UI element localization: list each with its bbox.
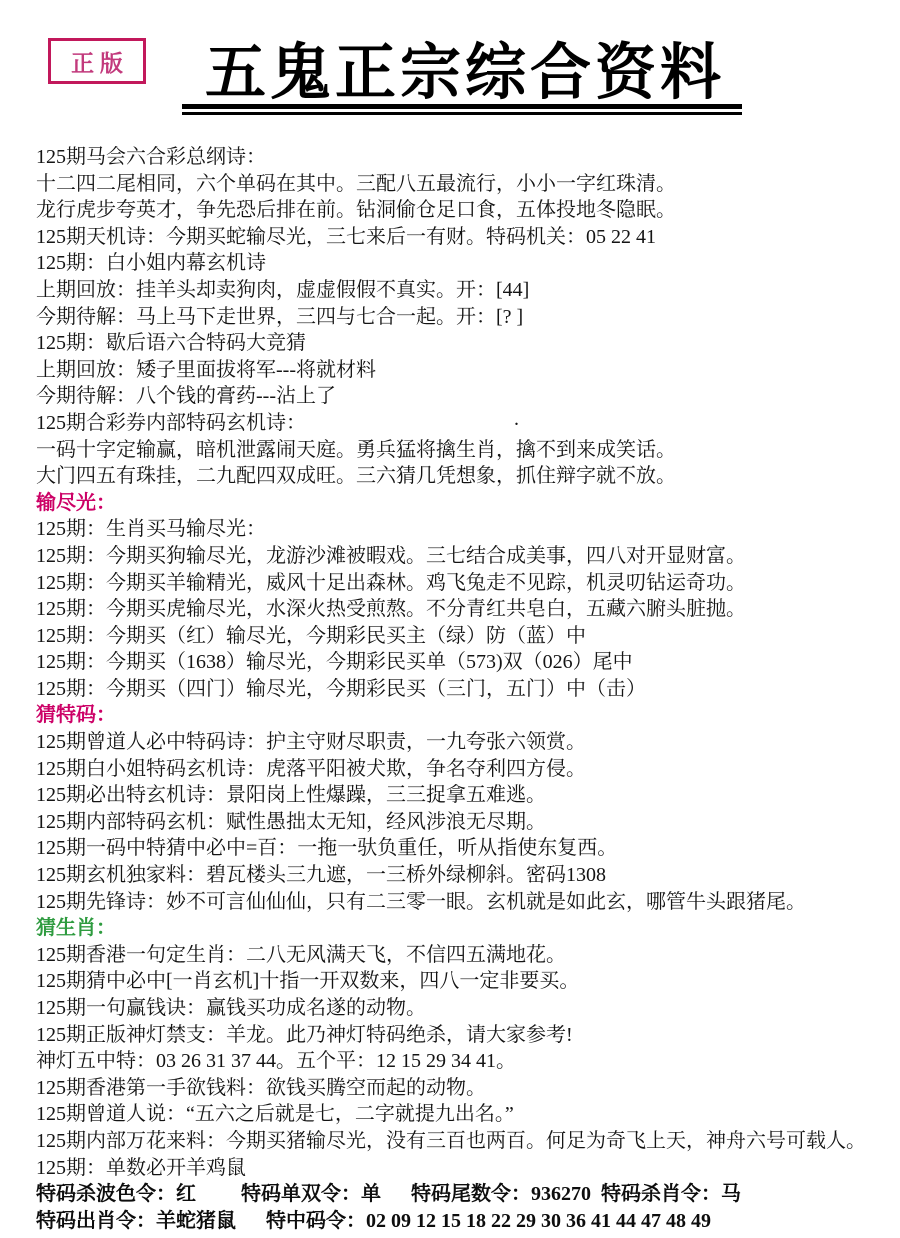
underline-top-rule — [182, 104, 742, 109]
text-line: 125期内部万花来料：今期买猪输尽光，没有三百也两百。何足为奇飞上天，神舟六号可… — [36, 1128, 892, 1155]
text-line: 125期香港第一手欲钱料：欲钱买腾空而起的动物。 — [36, 1075, 892, 1102]
footer-orders-line-2: 特码出肖令：羊蛇猪鼠 特中码令：02 09 12 15 18 22 29 30 … — [36, 1208, 892, 1235]
text-line-tianji-poem: 125期天机诗：今期买蛇输尽光，三七来后一有财。特码机关：05 22 41 — [36, 224, 892, 251]
text-line: 125期：生肖买马输尽光： — [36, 516, 892, 543]
footer-orders-line-1: 特码杀波色令：红 特码单双令：单 特码尾数令：936270 特码杀肖令：马 — [36, 1181, 892, 1208]
section-header-caitema: 猜特码： — [36, 702, 892, 729]
text-line: 125期：今期买羊输精光，威风十足出森林。鸡飞兔走不见踪，机灵叨钻运奇功。 — [36, 570, 892, 597]
text-line-last-issue: 上期回放：矮子里面拔将军---将就材料 — [36, 357, 892, 384]
text-line: 125期：今期买狗输尽光，龙游沙滩被暇戏。三七结合成美事，四八对开显财富。 — [36, 543, 892, 570]
underline-bottom-rule — [182, 112, 742, 115]
text-line: 大门四五有珠挂，二九配四双成旺。三六猜几凭想象，抓住辩字就不放。 — [36, 463, 892, 490]
title-double-underline — [182, 104, 742, 115]
text-line: 一码十字定输赢，暗机泄露闹天庭。勇兵猛将擒生肖，擒不到来成笑话。 — [36, 437, 892, 464]
text-line-last-issue: 上期回放：挂羊头却卖狗肉，虚虚假假不真实。开：[44] — [36, 277, 892, 304]
text-line: 十二四二尾相同，六个单码在其中。三配八五最流行，小小一字红珠清。 — [36, 171, 892, 198]
genuine-badge: 正 版 — [48, 38, 146, 84]
text-line-outline-poem-title: 125期马会六合彩总纲诗： — [36, 144, 892, 171]
text-line: 125期必出特玄机诗：景阳岗上性爆躁，三三捉拿五难逃。 — [36, 782, 892, 809]
text-line: 125期：今期买（四门）输尽光，今期彩民买（三门，五门）中（击） — [36, 676, 892, 703]
section-header-shujinguang: 输尽光： — [36, 490, 892, 517]
text-line: 龙行虎步夸英才，争先恐后排在前。钻洞偷仓足口食，五体投地冬隐眠。 — [36, 197, 892, 224]
text-line: 125期猜中必中[一肖玄机]十指一开双数来，四八一定非要买。 — [36, 968, 892, 995]
text-line: 125期白小姐特码玄机诗：虎落平阳被犬欺，争名夺利四方侵。 — [36, 756, 892, 783]
text-line-current-issue: 今期待解：八个钱的膏药---沾上了 — [36, 383, 892, 410]
page-title: 五鬼正宗综合资料 — [184, 24, 746, 111]
text-line: 125期内部特码玄机：赋性愚拙太无知，经风涉浪无尽期。 — [36, 809, 892, 836]
text-line: 125期先锋诗：妙不可言仙仙仙，只有二三零一眼。玄机就是如此玄，哪管牛头跟猪尾。 — [36, 889, 892, 916]
text-line: 125期一句赢钱诀：赢钱买功成名遂的动物。 — [36, 995, 892, 1022]
text-line: 125期：今期买虎输尽光，水深火热受煎熬。不分青红共皂白，五藏六腑头脏抛。 — [36, 596, 892, 623]
lottery-info-sheet: 正 版 五鬼正宗综合资料 . 125期马会六合彩总纲诗： 十二四二尾相同，六个单… — [0, 0, 900, 1238]
text-line: 125期曾道人说：“五六之后就是七，二字就提九出名。” — [36, 1101, 892, 1128]
text-line: 神灯五中特：03 26 31 37 44。五个平：12 15 29 34 41。 — [36, 1048, 892, 1075]
text-line: 125期合彩券内部特码玄机诗： — [36, 410, 892, 437]
text-line: 125期香港一句定生肖：二八无风满天飞，不信四五满地花。 — [36, 942, 892, 969]
text-line-current-issue: 今期待解：马上马下走世界，三四与七合一起。开：[? ] — [36, 304, 892, 331]
text-line: 125期玄机独家料：碧瓦楼头三九遮，一三桥外绿柳斜。密码1308 — [36, 862, 892, 889]
text-line: 125期：今期买（1638）输尽光，今期彩民买单（573)双（026）尾中 — [36, 649, 892, 676]
text-line: 125期一码中特猜中必中=百：一拖一驮负重任，听从指使东复西。 — [36, 835, 892, 862]
text-line: 125期：歇后语六合特码大竞猜 — [36, 330, 892, 357]
text-body: 125期马会六合彩总纲诗： 十二四二尾相同，六个单码在其中。三配八五最流行，小小… — [36, 144, 892, 1234]
text-line: 125期：单数必开羊鸡鼠 — [36, 1155, 892, 1182]
text-line: 125期曾道人必中特码诗：护主守财尽职责，一九夸张六领赏。 — [36, 729, 892, 756]
section-header-caishengxiao: 猜生肖： — [36, 915, 892, 942]
text-line: 125期：今期买（红）输尽光，今期彩民买主（绿）防（蓝）中 — [36, 623, 892, 650]
text-line: 125期：白小姐内幕玄机诗 — [36, 250, 892, 277]
text-line: 125期正版神灯禁支：羊龙。此乃神灯特码绝杀，请大家参考! — [36, 1022, 892, 1049]
